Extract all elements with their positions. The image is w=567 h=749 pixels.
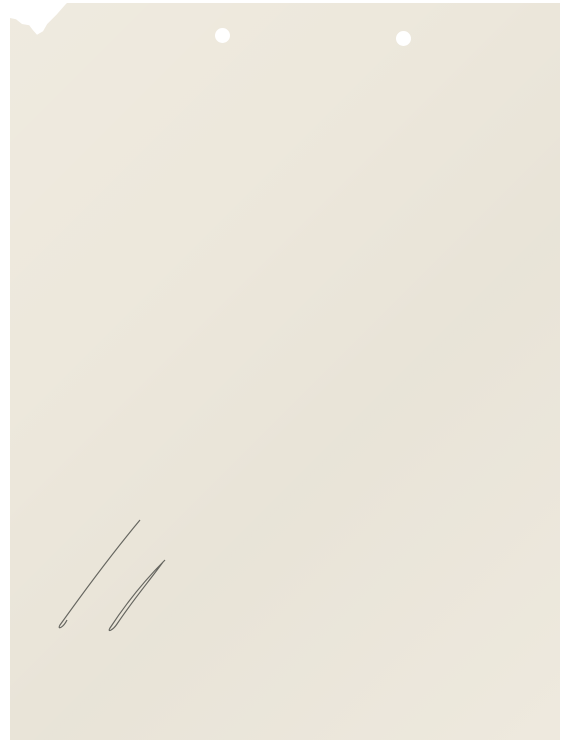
punch-hole-right — [396, 31, 411, 46]
signature-flourish-icon — [45, 500, 265, 640]
punch-hole-left — [215, 28, 230, 43]
